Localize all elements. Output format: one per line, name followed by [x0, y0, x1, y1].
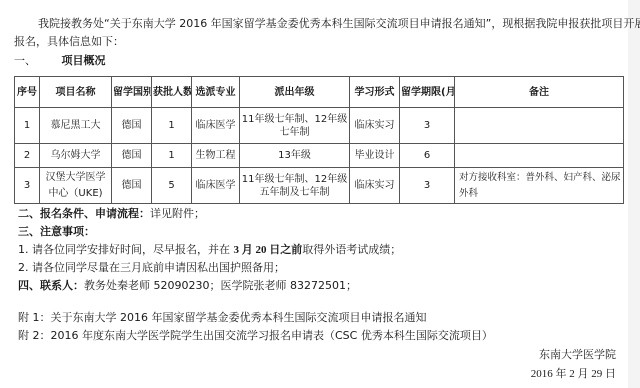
intro-line-1: 我院接教务处“关于东南大学 2016 年国家留学基金委优秀本科生国际交流项目申请… [38, 17, 640, 31]
page-margin-strip [628, 0, 640, 388]
cell-no: 2 [15, 144, 40, 168]
cell-quota: 5 [152, 168, 192, 204]
cell-country: 德国 [112, 108, 152, 144]
attachment-1: 附 1：关于东南大学 2016 年国家留学基金委优秀本科生国际交流项目申请报名通… [18, 311, 426, 325]
table-row: 2 乌尔姆大学 德国 1 生物工程 13年级 毕业设计 6 [15, 144, 624, 168]
cell-study-form: 临床实习 [350, 168, 400, 204]
section-2-text: 详见附件； [150, 207, 205, 220]
cell-major: 临床医学 [192, 108, 240, 144]
header-country: 留学国别 [112, 77, 152, 108]
section-3-label: 三、注意事项： [18, 225, 95, 239]
notice-item-1: 1. 请各位同学安排好时间，尽早报名，并在 3 月 20 日之前取得外语考试成绩… [18, 243, 401, 257]
cell-country: 德国 [112, 168, 152, 204]
attachment-2: 附 2：2016 年度东南大学医学院学生出国交流学习报名申请表（CSC 优秀本科… [18, 329, 493, 343]
notice-item-1-pre: 1. 请各位同学安排好时间，尽早报名，并在 [18, 243, 234, 256]
cell-duration: 6 [400, 144, 455, 168]
cell-quota: 1 [152, 144, 192, 168]
intro-line-2: 报名，具体信息如下： [14, 35, 124, 49]
cell-major: 临床医学 [192, 168, 240, 204]
table-row: 1 慕尼黑工大 德国 1 临床医学 11年级七年制、12年级七年制 临床实习 3 [15, 108, 624, 144]
cell-major: 生物工程 [192, 144, 240, 168]
table-header-row: 序号 项目名称 留学国别 获批人数 选派专业 派出年级 学习形式 留学期限(月)… [15, 77, 624, 108]
header-project-name: 项目名称 [40, 77, 112, 108]
cell-project-name: 乌尔姆大学 [40, 144, 112, 168]
notice-item-1-post: 取得外语考试成绩； [302, 243, 401, 256]
signature-date: 2016 年 2 月 29 日 [531, 367, 616, 381]
header-duration: 留学期限(月) [400, 77, 455, 108]
signature-org: 东南大学医学院 [539, 348, 616, 362]
cell-no: 3 [15, 168, 40, 204]
cell-remarks: 对方接收科室：普外科、妇产科、泌尿外科 [455, 168, 624, 204]
cell-country: 德国 [112, 144, 152, 168]
header-major: 选派专业 [192, 77, 240, 108]
notice-item-1-deadline: 3 月 20 日之前 [234, 244, 303, 256]
section-4-text: 教务处秦老师 52090230；医学院张老师 83272501； [84, 279, 357, 292]
cell-grade: 11年级七年制、12年级五年制及七年制 [240, 168, 350, 204]
header-quota: 获批人数 [152, 77, 192, 108]
section-1-number: 一、 [14, 54, 36, 67]
header-study-form: 学习形式 [350, 77, 400, 108]
table-row: 3 汉堡大学医学中心（UKE) 德国 5 临床医学 11年级七年制、12年级五年… [15, 168, 624, 204]
header-remarks: 备注 [455, 77, 624, 108]
section-4: 四、联系人：教务处秦老师 52090230；医学院张老师 83272501； [18, 279, 357, 293]
notice-item-2: 2. 请各位同学尽量在三月底前申请因私出国护照备用； [18, 261, 285, 275]
cell-study-form: 毕业设计 [350, 144, 400, 168]
cell-grade: 11年级七年制、12年级七年制 [240, 108, 350, 144]
section-1-title: 项目概况 [62, 54, 106, 67]
cell-duration: 3 [400, 108, 455, 144]
cell-project-name: 慕尼黑工大 [40, 108, 112, 144]
section-4-label: 四、联系人： [18, 279, 84, 292]
cell-duration: 3 [400, 168, 455, 204]
project-table: 序号 项目名称 留学国别 获批人数 选派专业 派出年级 学习形式 留学期限(月)… [14, 76, 624, 204]
cell-quota: 1 [152, 108, 192, 144]
section-2-label: 二、报名条件、申请流程： [18, 207, 150, 220]
section-2: 二、报名条件、申请流程：详见附件； [18, 207, 205, 221]
header-no: 序号 [15, 77, 40, 108]
cell-study-form: 临床实习 [350, 108, 400, 144]
cell-grade: 13年级 [240, 144, 350, 168]
cell-remarks [455, 144, 624, 168]
cell-project-name: 汉堡大学医学中心（UKE) [40, 168, 112, 204]
cell-no: 1 [15, 108, 40, 144]
cell-remarks [455, 108, 624, 144]
header-grade: 派出年级 [240, 77, 350, 108]
section-1-heading: 一、 项目概况 [14, 54, 106, 68]
